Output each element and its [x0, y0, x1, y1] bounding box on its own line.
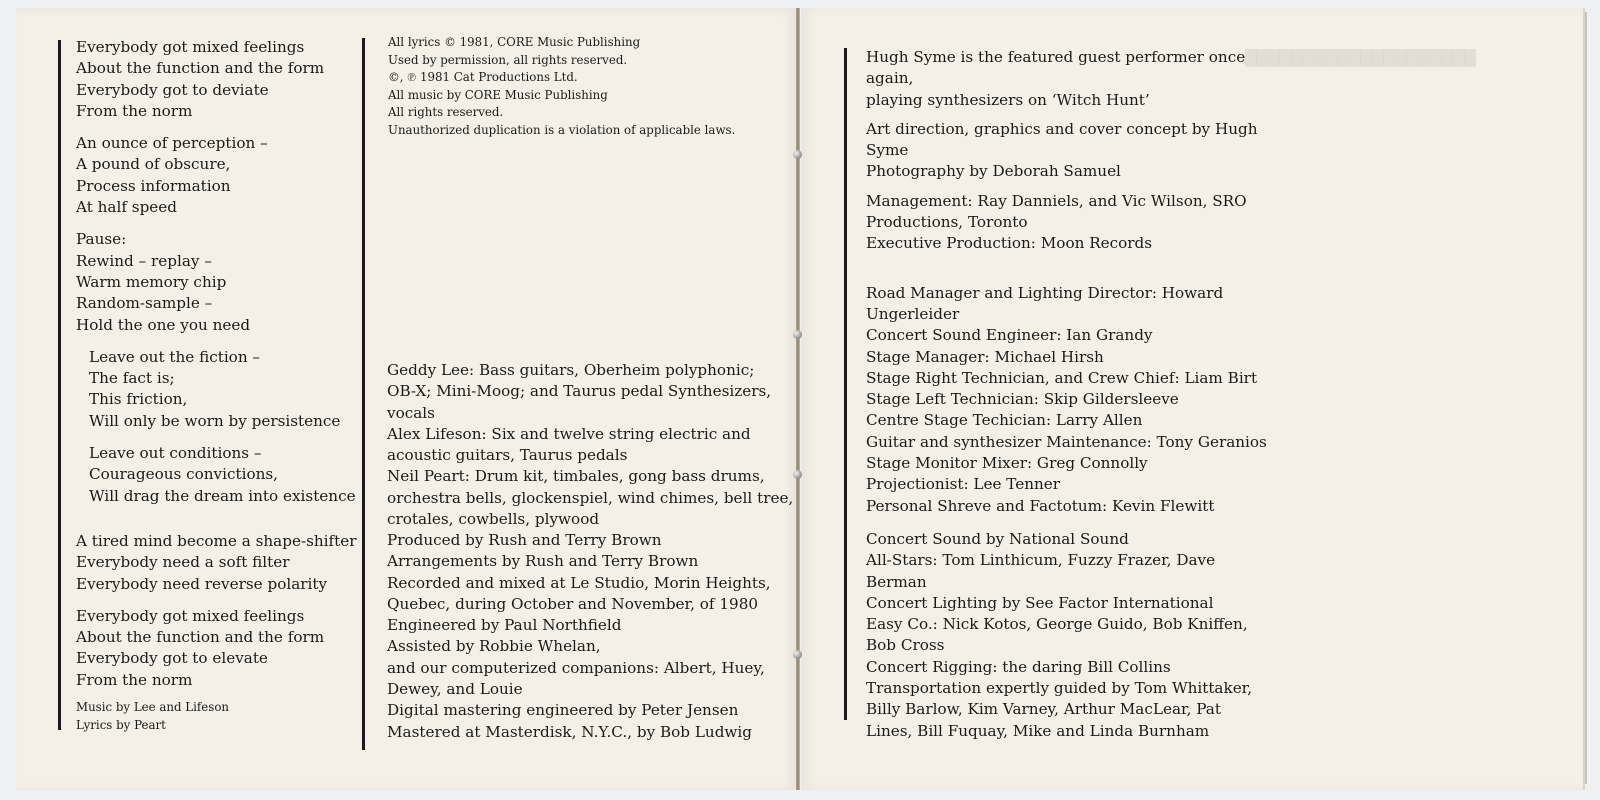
copyright-line: All music by CORE Music Publishing [388, 87, 735, 105]
vertical-rule [362, 38, 365, 750]
credit-line: Projectionist: Lee Tenner [866, 474, 1267, 495]
credit-line: Ungerleider [866, 304, 1267, 325]
lyric-line: Warm memory chip [76, 272, 356, 293]
credit-line: again, [866, 68, 1267, 89]
songwriting-credits: Music by Lee and LifesonLyrics by Peart [76, 699, 356, 734]
personnel-line: orchestra bells, glockenspiel, wind chim… [387, 488, 793, 509]
copyright-line: Unauthorized duplication is a violation … [388, 122, 735, 140]
credit-line: Music by Lee and Lifeson [76, 699, 356, 717]
lyric-line: Process information [76, 176, 356, 197]
lyric-stanza: A tired mind become a shape-shifterEvery… [76, 531, 356, 595]
credit-line: Concert Rigging: the daring Bill Collins [866, 657, 1267, 678]
lyric-line: Random-sample – [76, 293, 356, 314]
production-line: Quebec, during October and November, of … [387, 594, 771, 615]
lyric-line: At half speed [76, 197, 356, 218]
credit-line: Stage Left Technician: Skip Gildersleeve [866, 389, 1267, 410]
lyric-line: A pound of obscure, [76, 154, 356, 175]
lyric-line: Courageous convictions, [89, 464, 356, 485]
page-edge [1585, 12, 1587, 784]
credit-line: Photography by Deborah Samuel [866, 161, 1267, 182]
lyric-line: Everybody got to deviate [76, 80, 356, 101]
staple-icon [793, 330, 802, 339]
production-line: Recorded and mixed at Le Studio, Morin H… [387, 573, 771, 594]
credit-line: Lines, Bill Fuquay, Mike and Linda Burnh… [866, 721, 1267, 742]
personnel-line: OB-X; Mini-Moog; and Taurus pedal Synthe… [387, 381, 793, 402]
credit-line: Executive Production: Moon Records [866, 233, 1267, 254]
credit-group: Concert Sound by National SoundAll-Stars… [866, 529, 1267, 742]
lyric-line: Hold the one you need [76, 315, 356, 336]
credit-line: Concert Sound Engineer: Ian Grandy [866, 325, 1267, 346]
lyric-stanza: Everybody got mixed feelingsAbout the fu… [76, 606, 356, 691]
vertical-rule [58, 40, 61, 730]
copyright-line: ©, ℗ 1981 Cat Productions Ltd. [388, 69, 735, 87]
credit-line: Stage Right Technician, and Crew Chief: … [866, 368, 1267, 389]
crew-credits: Hugh Syme is the featured guest performe… [866, 47, 1267, 742]
credit-line: Personal Shreve and Factotum: Kevin Flew… [866, 496, 1267, 517]
personnel-line: vocals [387, 403, 793, 424]
lyric-line: About the function and the form [76, 627, 356, 648]
lyric-stanza: Leave out the fiction –The fact is;This … [76, 347, 356, 432]
lyric-line: The fact is; [89, 368, 356, 389]
credit-line: Transportation expertly guided by Tom Wh… [866, 678, 1267, 699]
staple-icon [793, 150, 802, 159]
personnel-line: Neil Peart: Drum kit, timbales, gong bas… [387, 466, 793, 487]
lyric-line: Everybody got mixed feelings [76, 606, 356, 627]
lyric-line: Everybody need a soft filter [76, 552, 356, 573]
credit-line: Hugh Syme is the featured guest performe… [866, 47, 1267, 68]
credit-group: Art direction, graphics and cover concep… [866, 119, 1267, 183]
lyric-line: Pause: [76, 229, 356, 250]
production-credits: Produced by Rush and Terry BrownArrangem… [387, 530, 771, 743]
lyric-line: Everybody got mixed feelings [76, 37, 356, 58]
production-line: Mastered at Masterdisk, N.Y.C., by Bob L… [387, 722, 771, 743]
production-line: Assisted by Robbie Whelan, [387, 636, 771, 657]
lyric-line: Will only be worn by persistence [89, 411, 356, 432]
credit-line: Stage Monitor Mixer: Greg Connolly [866, 453, 1267, 474]
credit-line: All-Stars: Tom Linthicum, Fuzzy Frazer, … [866, 550, 1267, 571]
personnel-line: acoustic guitars, Taurus pedals [387, 445, 793, 466]
copyright-notice: All lyrics © 1981, CORE Music Publishing… [388, 34, 735, 139]
credit-line: Billy Barlow, Kim Varney, Arthur MacLear… [866, 699, 1267, 720]
staple-icon [793, 650, 802, 659]
lyrics-column: Everybody got mixed feelingsAbout the fu… [76, 37, 356, 734]
production-line: Arrangements by Rush and Terry Brown [387, 551, 771, 572]
lyric-line: A tired mind become a shape-shifter [76, 531, 356, 552]
lyric-line: Leave out the fiction – [89, 347, 356, 368]
copyright-line: All lyrics © 1981, CORE Music Publishing [388, 34, 735, 52]
credit-group: Road Manager and Lighting Director: Howa… [866, 283, 1267, 517]
personnel-line: crotales, cowbells, plywood [387, 509, 793, 530]
copyright-line: All rights reserved. [388, 104, 735, 122]
credit-line: Syme [866, 140, 1267, 161]
lyric-line: From the norm [76, 670, 356, 691]
credit-group: Management: Ray Danniels, and Vic Wilson… [866, 191, 1267, 255]
lyric-line: An ounce of perception – [76, 133, 356, 154]
lyric-line: Rewind – replay – [76, 251, 356, 272]
credit-line: Lyrics by Peart [76, 717, 356, 735]
lyric-stanza: Pause:Rewind – replay –Warm memory chipR… [76, 229, 356, 335]
credit-line: Concert Sound by National Sound [866, 529, 1267, 550]
credit-line: Berman [866, 572, 1267, 593]
lyric-line: Leave out conditions – [89, 443, 356, 464]
credit-line: Management: Ray Danniels, and Vic Wilson… [866, 191, 1267, 212]
production-line: Engineered by Paul Northfield [387, 615, 771, 636]
credit-line: Bob Cross [866, 635, 1267, 656]
lyric-line: This friction, [89, 389, 356, 410]
credit-line: Productions, Toronto [866, 212, 1267, 233]
production-line: Digital mastering engineered by Peter Je… [387, 700, 771, 721]
lyric-stanza: Leave out conditions –Courageous convict… [76, 443, 356, 507]
personnel-line: Geddy Lee: Bass guitars, Oberheim polyph… [387, 360, 793, 381]
copyright-line: Used by permission, all rights reserved. [388, 52, 735, 70]
credit-group: Hugh Syme is the featured guest performe… [866, 47, 1267, 111]
credit-line: Centre Stage Techician: Larry Allen [866, 410, 1267, 431]
band-personnel: Geddy Lee: Bass guitars, Oberheim polyph… [387, 360, 793, 530]
lyric-line: Will drag the dream into existence [89, 486, 356, 507]
personnel-line: Alex Lifeson: Six and twelve string elec… [387, 424, 793, 445]
production-line: and our computerized companions: Albert,… [387, 658, 771, 679]
lyric-stanza: An ounce of perception –A pound of obscu… [76, 133, 356, 218]
production-line: Dewey, and Louie [387, 679, 771, 700]
booklet-spine [796, 8, 800, 790]
lyric-line: Everybody need reverse polarity [76, 574, 356, 595]
lyric-line: From the norm [76, 101, 356, 122]
lyric-stanza: Everybody got mixed feelingsAbout the fu… [76, 37, 356, 122]
credit-line: Stage Manager: Michael Hirsh [866, 347, 1267, 368]
staple-icon [793, 470, 802, 479]
credit-line: Art direction, graphics and cover concep… [866, 119, 1267, 140]
credit-line: Easy Co.: Nick Kotos, George Guido, Bob … [866, 614, 1267, 635]
credit-line: Concert Lighting by See Factor Internati… [866, 593, 1267, 614]
vertical-rule [844, 48, 847, 720]
lyric-line: Everybody got to elevate [76, 648, 356, 669]
production-line: Produced by Rush and Terry Brown [387, 530, 771, 551]
lyric-line: About the function and the form [76, 58, 356, 79]
credit-line: playing synthesizers on ‘Witch Hunt’ [866, 90, 1267, 111]
credit-line: Road Manager and Lighting Director: Howa… [866, 283, 1267, 304]
credit-line: Guitar and synthesizer Maintenance: Tony… [866, 432, 1267, 453]
